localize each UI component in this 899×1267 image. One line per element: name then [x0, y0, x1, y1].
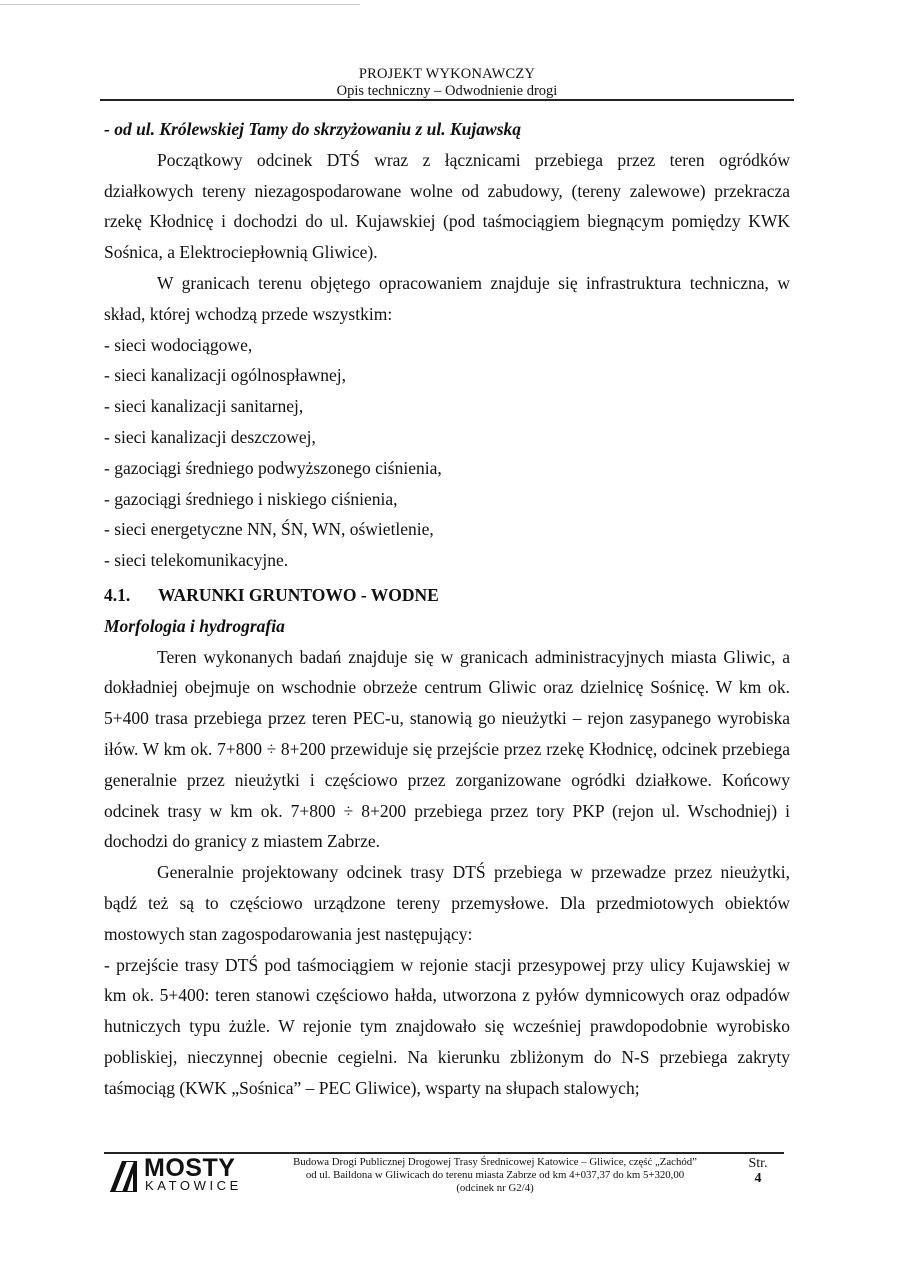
list-item: - gazociągi średniego podwyższonego ciśn… [104, 453, 790, 484]
project-line: od ul. Baildona w Gliwicach do terenu mi… [262, 1169, 728, 1182]
list-item: - sieci kanalizacji sanitarnej, [104, 391, 790, 422]
page-number: 4 [738, 1171, 778, 1186]
paragraph-initial-section: Początkowy odcinek DTŚ wraz z łącznicami… [104, 145, 790, 268]
section-title: WARUNKI GRUNTOWO - WODNE [158, 585, 439, 605]
section-number: 4.1. [104, 580, 158, 611]
page-indicator: Str. 4 [738, 1156, 778, 1186]
header-title: PROJEKT WYKONAWCZY [100, 66, 794, 83]
section-heading: 4.1.WARUNKI GRUNTOWO - WODNE [104, 580, 790, 611]
list-item: - sieci kanalizacji ogólnospławnej, [104, 360, 790, 391]
list-item: - sieci wodociągowe, [104, 330, 790, 361]
paragraph-land-use: Generalnie projektowany odcinek trasy DT… [104, 857, 790, 949]
paragraph-crossing: - przejście trasy DTŚ pod taśmociągiem w… [104, 950, 790, 1104]
project-line: Budowa Drogi Publicznej Drogowej Trasy Ś… [262, 1156, 728, 1169]
page-header: PROJEKT WYKONAWCZY Opis techniczny – Odw… [100, 66, 794, 100]
project-description: Budowa Drogi Publicznej Drogowej Trasy Ś… [262, 1156, 728, 1195]
list-item: - sieci energetyczne NN, ŚN, WN, oświetl… [104, 514, 790, 545]
list-item: - gazociągi średniego i niskiego ciśnien… [104, 484, 790, 515]
mosty-logo-icon [108, 1159, 140, 1193]
route-subheading: - od ul. Królewskiej Tamy do skrzyżowani… [104, 114, 790, 145]
page-label: Str. [738, 1156, 778, 1171]
document-body: - od ul. Królewskiej Tamy do skrzyżowani… [104, 114, 790, 1104]
company-logo: MOSTY KATOWICE [104, 1157, 254, 1197]
paragraph-infrastructure-intro: W granicach terenu objętego opracowaniem… [104, 268, 790, 330]
header-divider [100, 99, 794, 101]
section-subheading: Morfologia i hydrografia [104, 611, 790, 642]
project-line: (odcinek nr G2/4) [262, 1182, 728, 1195]
logo-city: KATOWICE [145, 1179, 242, 1193]
paragraph-morphology: Teren wykonanych badań znajduje się w gr… [104, 642, 790, 858]
header-subtitle: Opis techniczny – Odwodnienie drogi [100, 83, 794, 100]
scan-artifact-line [0, 4, 360, 5]
list-item: - sieci kanalizacji deszczowej, [104, 422, 790, 453]
infrastructure-list: - sieci wodociągowe, - sieci kanalizacji… [104, 330, 790, 576]
list-item: - sieci telekomunikacyjne. [104, 545, 790, 576]
